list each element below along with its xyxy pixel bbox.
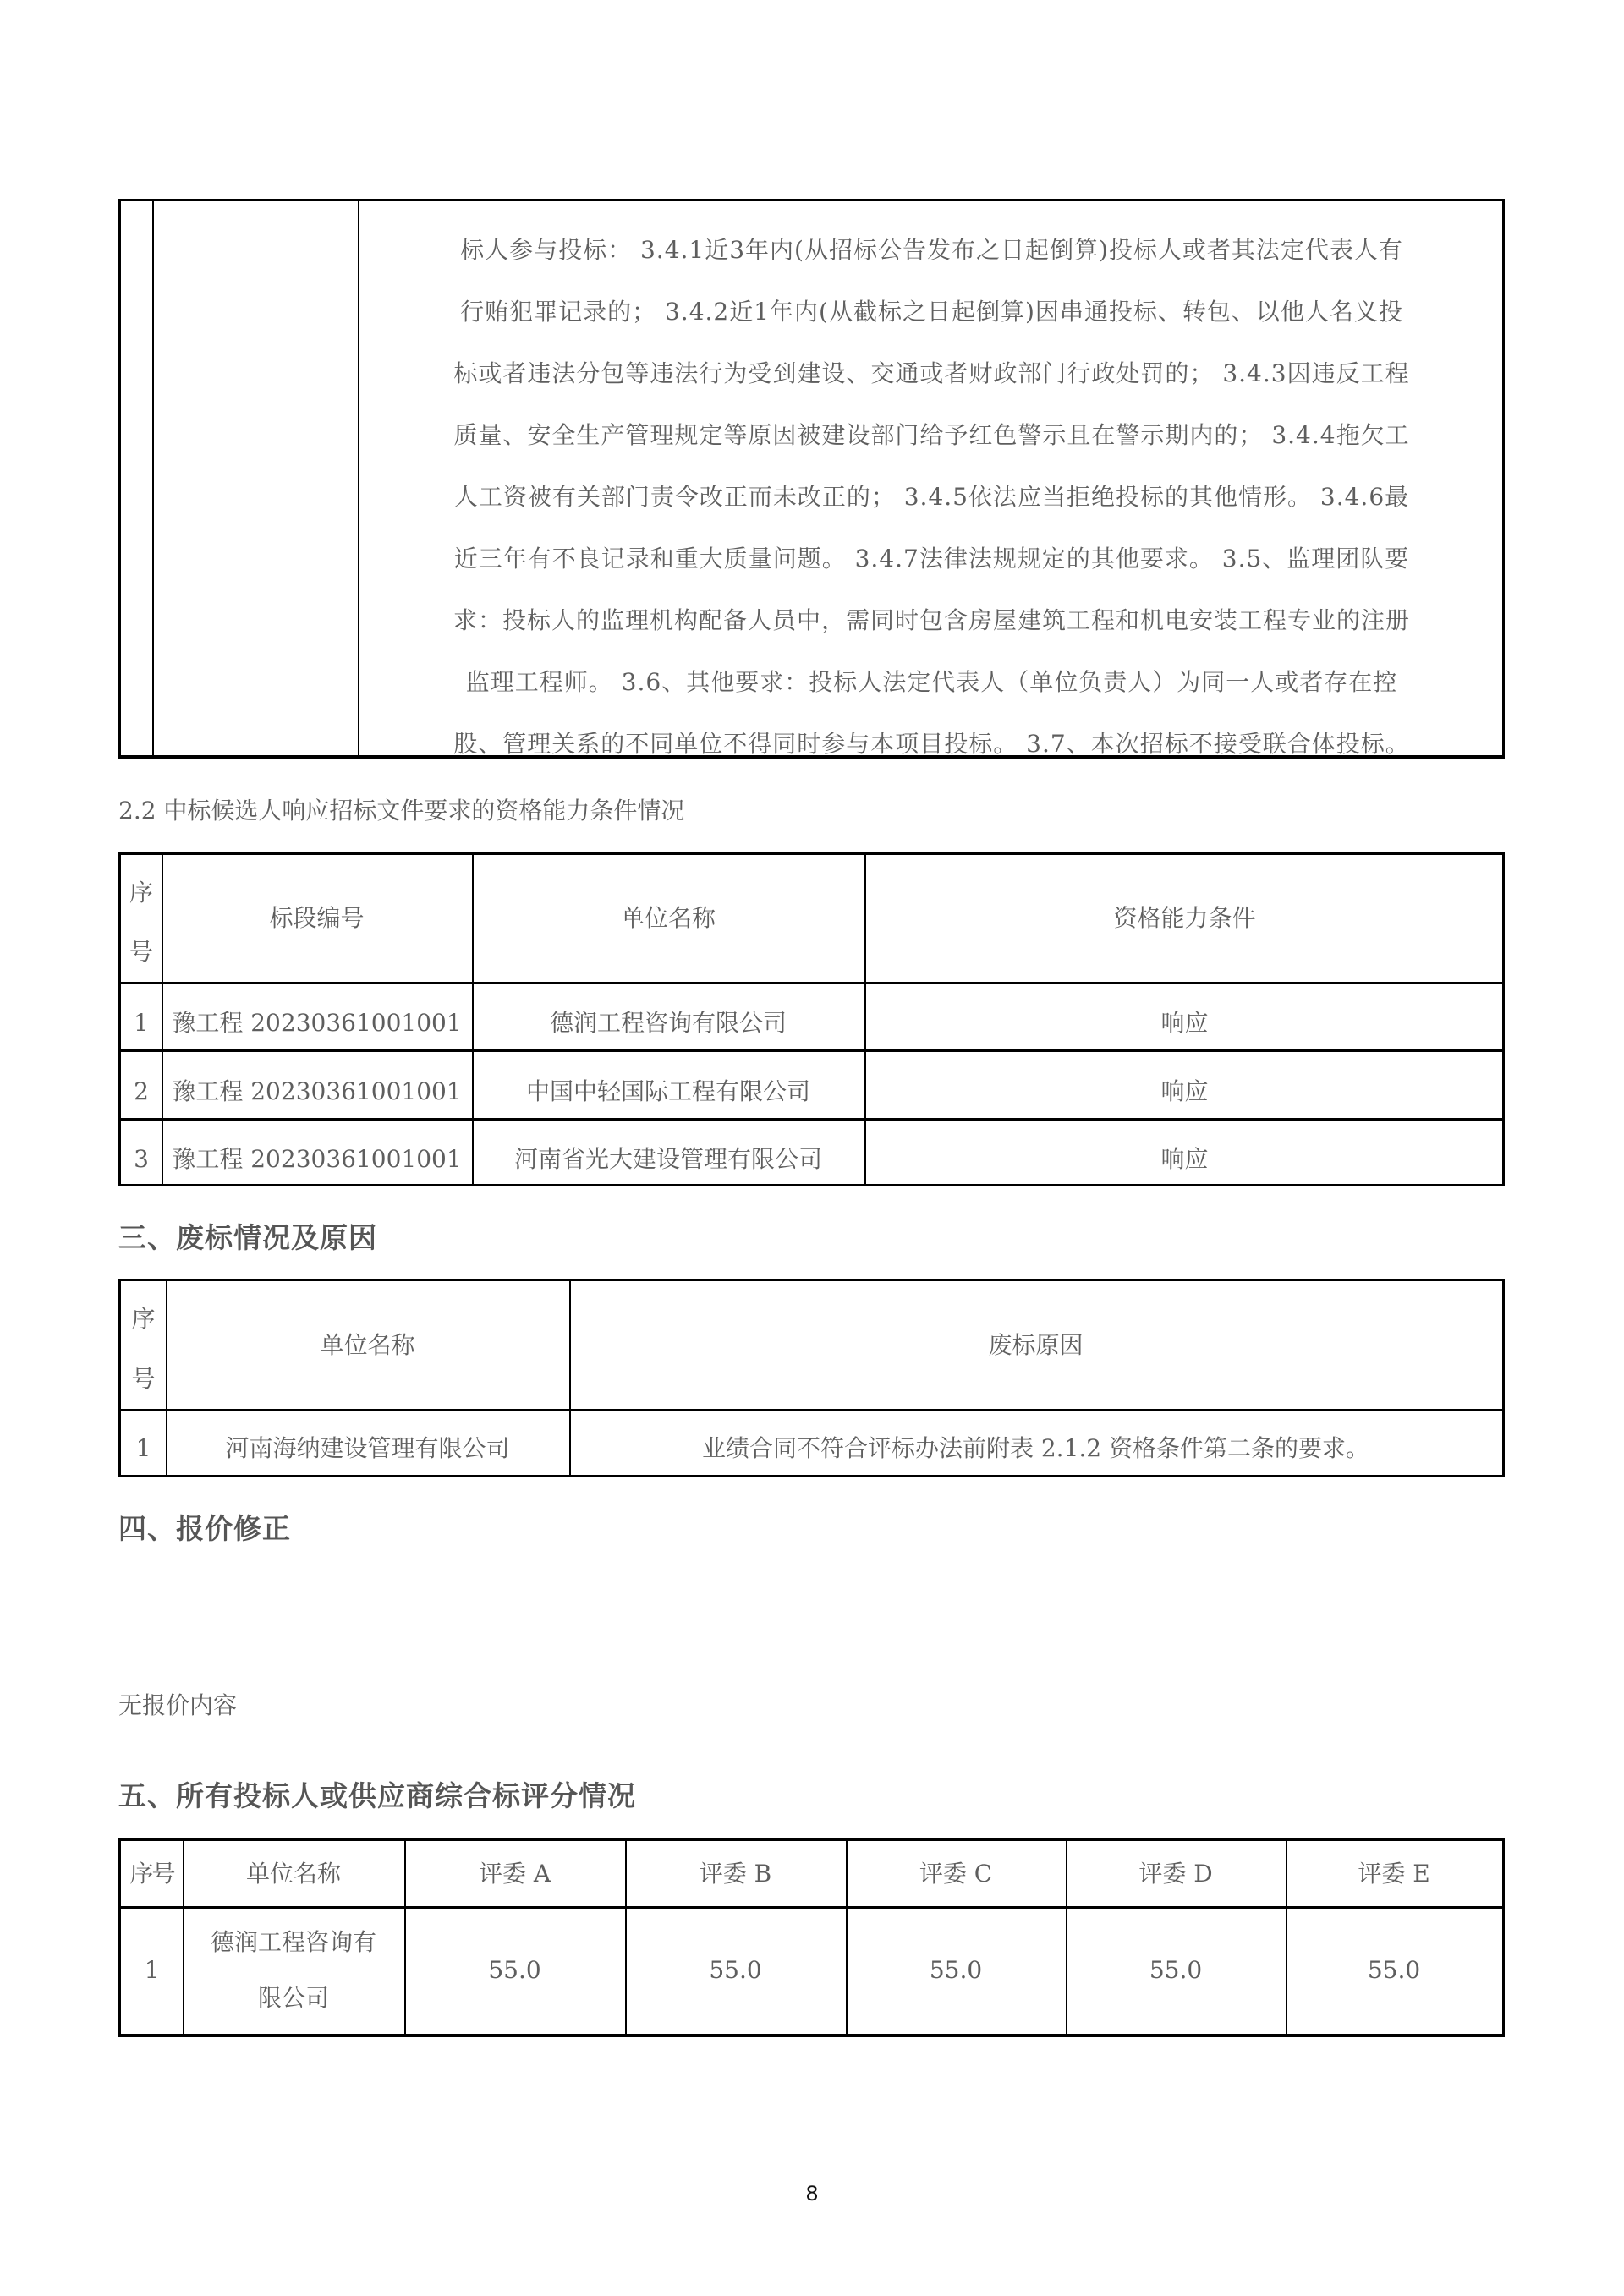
header-judge-d: 评委 D bbox=[1066, 1841, 1286, 1906]
table-row-reason: 业绩合同不符合评标办法前附表 2.1.2 资格条件第二条的要求。 bbox=[569, 1409, 1502, 1475]
table-row-score-b: 55.0 bbox=[625, 1906, 846, 2034]
header-seq-top: 序 bbox=[129, 879, 153, 907]
table-row-seq: 1 bbox=[121, 1409, 166, 1475]
table-row-company: 德润工程咨询有限公司 bbox=[472, 982, 864, 1049]
price-correction-content: 无报价内容 bbox=[118, 1687, 237, 1721]
table-row-qualification: 响应 bbox=[864, 982, 1505, 1049]
header-judge-c: 评委 C bbox=[846, 1841, 1066, 1906]
table-row-score-e: 55.0 bbox=[1286, 1906, 1502, 2034]
header-seq: 序号 bbox=[121, 1841, 183, 1906]
candidate-qualification-table: 序 号 标段编号 单位名称 资格能力条件 1 豫工程 2023036100100… bbox=[118, 852, 1505, 1186]
table-divider bbox=[358, 201, 359, 755]
table-row-company: 中国中轻国际工程有限公司 bbox=[472, 1049, 864, 1118]
header-company: 单位名称 bbox=[166, 1281, 569, 1409]
table-row-company: 河南海纳建设管理有限公司 bbox=[166, 1409, 569, 1475]
table-row-company: 河南省光大建设管理有限公司 bbox=[472, 1118, 864, 1186]
header-company: 单位名称 bbox=[472, 855, 864, 982]
requirements-line: 行贿犯罪记录的； 3.4.2近1年内(从截标之日起倒算)因串通投标、转包、以他人… bbox=[361, 293, 1502, 327]
rejected-bids-table: 序 号 单位名称 废标原因 1 河南海纳建设管理有限公司 业绩合同不符合评标办法… bbox=[118, 1279, 1505, 1477]
header-seq-bottom: 号 bbox=[129, 938, 153, 967]
section-3-heading: 三、废标情况及原因 bbox=[118, 1216, 377, 1256]
header-judge-b: 评委 B bbox=[625, 1841, 846, 1906]
table-divider bbox=[152, 201, 154, 755]
header-judge-a: 评委 A bbox=[404, 1841, 625, 1906]
table-row-seq: 1 bbox=[121, 982, 162, 1049]
header-section-no: 标段编号 bbox=[162, 855, 472, 982]
header-seq-top: 序 bbox=[131, 1305, 155, 1334]
table-row-section-no: 豫工程 20230361001001 bbox=[162, 982, 472, 1049]
table-row-seq: 1 bbox=[121, 1906, 183, 2034]
table-row-company: 德润工程咨询有 限公司 bbox=[183, 1906, 404, 2034]
requirements-line: 监理工程师。 3.6、其他要求：投标人法定代表人（单位负责人）为同一人或者存在控 bbox=[361, 664, 1502, 698]
table-row-seq: 3 bbox=[121, 1118, 162, 1186]
table-row-section-no: 豫工程 20230361001001 bbox=[162, 1118, 472, 1186]
requirements-line: 标人参与投标： 3.4.1近3年内(从招标公告发布之日起倒算)投标人或者其法定代… bbox=[361, 232, 1502, 266]
requirements-line: 求：投标人的监理机构配备人员中，需同时包含房屋建筑工程和机电安装工程专业的注册 bbox=[361, 602, 1502, 636]
table-row-qualification: 响应 bbox=[864, 1049, 1505, 1118]
requirements-line: 人工资被有关部门责令改正而未改正的； 3.4.5依法应当拒绝投标的其他情形。 3… bbox=[361, 479, 1502, 512]
requirements-line: 质量、安全生产管理规定等原因被建设部门给予红色警示且在警示期内的； 3.4.4拖… bbox=[361, 417, 1502, 451]
table-row-score-c: 55.0 bbox=[846, 1906, 1066, 2034]
section-2-2-title: 2.2 中标候选人响应招标文件要求的资格能力条件情况 bbox=[118, 792, 684, 826]
header-seq-bottom: 号 bbox=[131, 1365, 155, 1394]
section-4-heading: 四、报价修正 bbox=[118, 1507, 291, 1547]
header-seq: 序 号 bbox=[121, 1281, 166, 1409]
table-row-seq: 2 bbox=[121, 1049, 162, 1118]
company-line-1: 德润工程咨询有 bbox=[211, 1915, 376, 1970]
table-row-qualification: 响应 bbox=[864, 1118, 1505, 1186]
header-qualification: 资格能力条件 bbox=[864, 855, 1505, 982]
page-number: 8 bbox=[0, 2182, 1624, 2206]
requirements-line: 近三年有不良记录和重大质量问题。 3.4.7法律法规规定的其他要求。 3.5、监… bbox=[361, 540, 1502, 574]
table-row-section-no: 豫工程 20230361001001 bbox=[162, 1049, 472, 1118]
requirements-line: 股、管理关系的不同单位不得同时参与本项目投标。 3.7、本次招标不接受联合体投标… bbox=[361, 726, 1502, 759]
requirements-text-cell: 标人参与投标： 3.4.1近3年内(从招标公告发布之日起倒算)投标人或者其法定代… bbox=[361, 201, 1502, 755]
table-row-score-a: 55.0 bbox=[404, 1906, 625, 2034]
header-company: 单位名称 bbox=[183, 1841, 404, 1906]
qualification-requirements-table: 标人参与投标： 3.4.1近3年内(从招标公告发布之日起倒算)投标人或者其法定代… bbox=[118, 199, 1505, 759]
header-reason: 废标原因 bbox=[569, 1281, 1502, 1409]
requirements-line: 标或者违法分包等违法行为受到建设、交通或者财政部门行政处罚的； 3.4.3因违反… bbox=[361, 355, 1502, 389]
table-row-score-d: 55.0 bbox=[1066, 1906, 1286, 2034]
company-line-2: 限公司 bbox=[258, 1970, 329, 2026]
header-seq: 序 号 bbox=[121, 855, 162, 982]
header-judge-e: 评委 E bbox=[1286, 1841, 1502, 1906]
section-5-heading: 五、所有投标人或供应商综合标评分情况 bbox=[118, 1774, 636, 1814]
scoring-table: 序号 单位名称 评委 A 评委 B 评委 C 评委 D 评委 E 1 德润工程咨… bbox=[118, 1838, 1505, 2037]
